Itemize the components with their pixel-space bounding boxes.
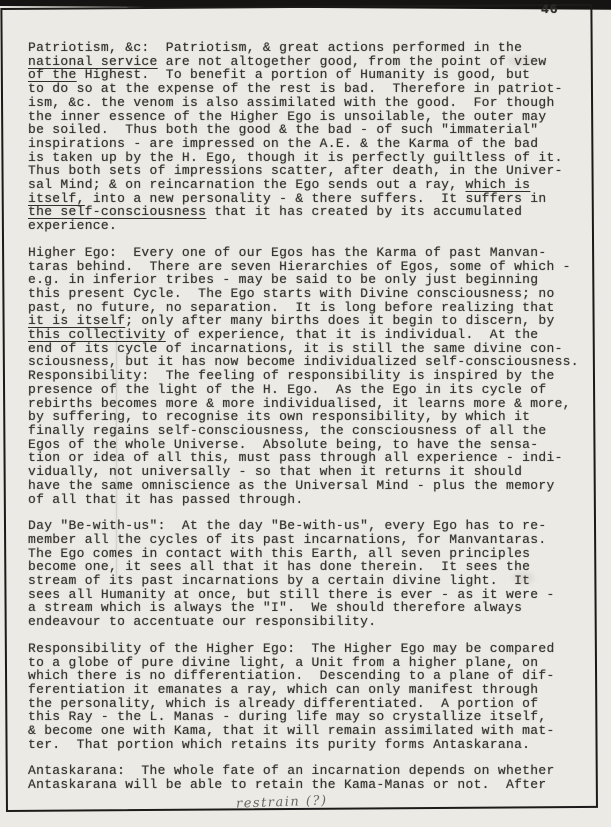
handwritten-annotation: restrain (?) xyxy=(236,793,328,811)
text-line: the inner essence of the Higher Ego is u… xyxy=(28,110,584,124)
text-line: ter. That portion which retains its puri… xyxy=(28,738,584,752)
paragraph: Day "Be-with-us": At the day "Be-with-us… xyxy=(28,519,584,629)
paragraph: Patriotism, &c: Patriotism, & great acti… xyxy=(28,41,584,233)
text-line: Day "Be-with-us": At the day "Be-with-us… xyxy=(28,519,584,533)
text-line: experience. xyxy=(28,219,584,233)
text-run: endeavour to accentuate our responsibili… xyxy=(28,614,376,629)
text-line: the self-consciousness that it has creat… xyxy=(28,205,584,219)
paragraph: Responsibility of the Higher Ego: The Hi… xyxy=(28,642,584,752)
text-line: national service are not altogether good… xyxy=(28,55,584,69)
text-run: of all that it has passed through. xyxy=(28,492,303,507)
text-line: Responsibility: The feeling of responsib… xyxy=(28,369,584,383)
text-line: e.g. in inferior tribes - may be said to… xyxy=(28,273,584,287)
text-line: Egos of the whole Universe. Absolute bei… xyxy=(28,438,584,452)
text-line: vidually, not universally - so that when… xyxy=(28,465,584,479)
text-line: of all that it has passed through. xyxy=(28,493,584,507)
page-number: 46 xyxy=(541,2,559,17)
text-line: this collectivity of experience, that it… xyxy=(28,328,584,342)
text-line: taras behind. There are seven Hierarchie… xyxy=(28,260,584,274)
text-line: Higher Ego: Every one of our Egos has th… xyxy=(28,246,584,260)
text-line: itself, into a new personality - & there… xyxy=(28,192,584,206)
text-line: stream of its past incarnations by a cer… xyxy=(28,574,584,588)
text-line: inspirations - are impressed on the A.E.… xyxy=(28,137,584,151)
text-line: ferentiation it emanates a ray, which ca… xyxy=(28,683,584,697)
paragraph: Antaskarana: The whole fate of an incarn… xyxy=(28,764,584,791)
text-run: that it has created by its accumulated xyxy=(206,204,522,219)
text-line: to a globe of pure divine light, a Unit … xyxy=(28,656,584,670)
text-line: to do so at the expense of the rest is b… xyxy=(28,82,584,96)
text-line: which there is no differentiation. Desce… xyxy=(28,669,584,683)
text-line: sal Mind; & on reincarnation the Ego sen… xyxy=(28,178,584,192)
paragraph: Higher Ego: Every one of our Egos has th… xyxy=(28,246,584,506)
text-line: endeavour to accentuate our responsibili… xyxy=(28,615,584,629)
text-line: the personality, which is already differ… xyxy=(28,697,584,711)
text-line: have the same omniscience as the Univers… xyxy=(28,479,584,493)
text-line: & become one with Kama, that it will rem… xyxy=(28,724,584,738)
text-line: is taken up by the H. Ego, though it is … xyxy=(28,151,584,165)
text-line: become one, it sees all that it has done… xyxy=(28,560,584,574)
text-line: The Ego comes in contact with this Earth… xyxy=(28,547,584,561)
text-block: Patriotism, &c: Patriotism, & great acti… xyxy=(28,41,584,805)
text-line: presence of the light of the H. Ego. As … xyxy=(28,383,584,397)
text-line: past, no future, no separation. It is lo… xyxy=(28,301,584,315)
text-line: Antaskarana: The whole fate of an incarn… xyxy=(28,764,584,778)
text-line: of the Highest. To benefit a portion of … xyxy=(28,68,584,82)
text-line: rebirths becomes more & more individuali… xyxy=(28,397,584,411)
text-line: this present Cycle. The Ego starts with … xyxy=(28,287,584,301)
text-line: by suffering, to recognise its own respo… xyxy=(28,410,584,424)
scanned-document-page: 46 Patriotism, &c: Patriotism, & great a… xyxy=(0,0,611,827)
text-line: finally regains self-consciousness, the … xyxy=(28,424,584,438)
text-line: member all the cycles of its past incarn… xyxy=(28,533,584,547)
text-line: sees all Humanity at once, but still the… xyxy=(28,588,584,602)
text-run: ter. That portion which retains its puri… xyxy=(28,737,530,752)
text-line: this Ray - the L. Manas - during life ma… xyxy=(28,710,584,724)
text-line: end of its cycle of incarnations, it is … xyxy=(28,342,584,356)
text-line: Thus both sets of impressions scatter, a… xyxy=(28,164,584,178)
text-line: Patriotism, &c: Patriotism, & great acti… xyxy=(28,41,584,55)
text-line: ism, &c. the venom is also assimilated w… xyxy=(28,96,584,110)
text-line: tion or idea of all this, must pass thro… xyxy=(28,451,584,465)
text-line: be soiled. Thus both the good & the bad … xyxy=(28,123,584,137)
text-line: a stream which is always the "I". We sho… xyxy=(28,601,584,615)
text-run: experience. xyxy=(28,218,117,233)
text-line: Responsibility of the Higher Ego: The Hi… xyxy=(28,642,584,656)
text-line: it is itself; only after many births doe… xyxy=(28,314,584,328)
text-run: Antaskarana will be able to retain the K… xyxy=(28,777,546,792)
text-line: sciousness, but it has now become indivi… xyxy=(28,355,584,369)
text-line: Antaskarana will be able to retain the K… xyxy=(28,778,584,792)
